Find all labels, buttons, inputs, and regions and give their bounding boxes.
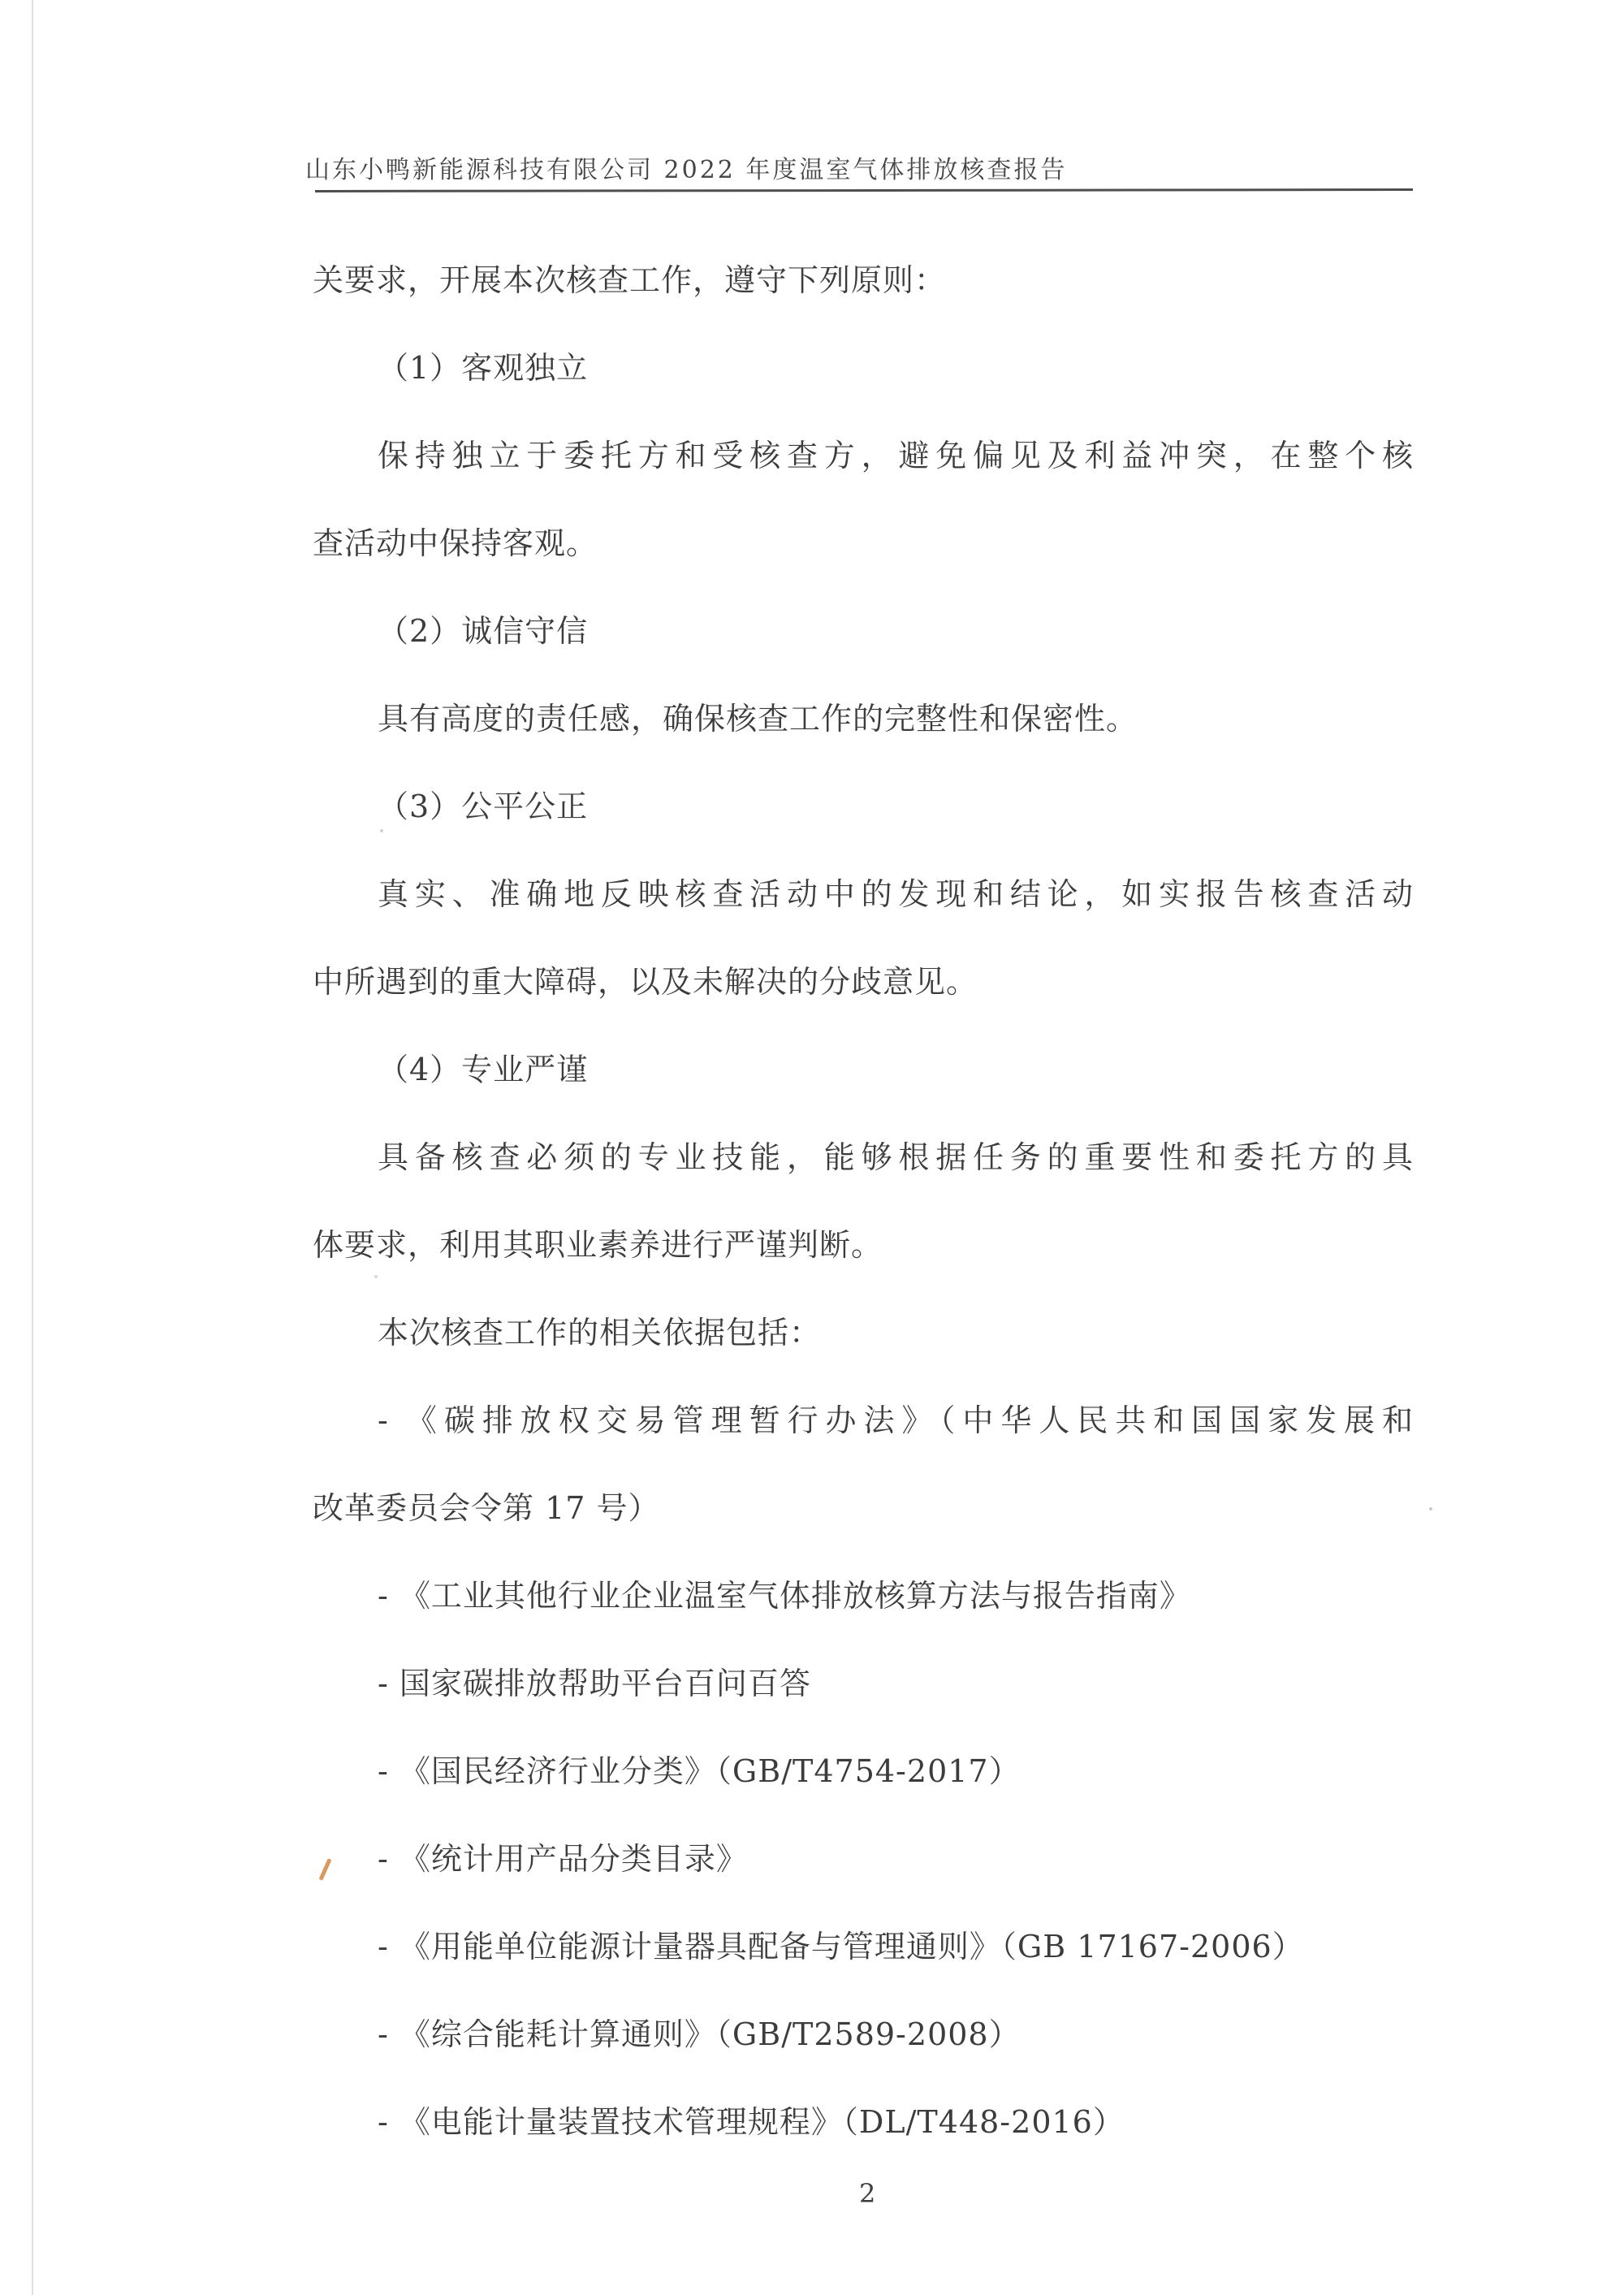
- reference-item: - 《国民经济行业分类》（GB/T4754-2017）: [313, 1727, 1414, 1815]
- scan-speck: [374, 1275, 378, 1278]
- reference-item: - 《电能计量装置技术管理规程》（DL/T448-2016）: [313, 2078, 1414, 2166]
- document-body: 关要求，开展本次核查工作，遵守下列原则： （1）客观独立 保持独立于委托方和受核…: [313, 236, 1414, 2166]
- principle-1-heading: （1）客观独立: [313, 324, 1414, 412]
- reference-item: - 《统计用产品分类目录》: [313, 1815, 1414, 1903]
- running-header: 山东小鸭新能源科技有限公司 2022 年度温室气体排放核查报告: [305, 149, 1418, 185]
- principle-4-heading: （4）专业严谨: [313, 1026, 1414, 1113]
- basis-intro-line: 本次核查工作的相关依据包括：: [313, 1289, 1414, 1377]
- scan-speck: [380, 829, 383, 832]
- scan-edge-artifact: [32, 0, 33, 2295]
- scan-speck: [1429, 1507, 1432, 1511]
- reference-item: - 《碳排放权交易管理暂行办法》（中华人民共和国国家发展和: [313, 1377, 1414, 1464]
- principle-4-text-line: 体要求，利用其职业素养进行严谨判断。: [313, 1201, 1414, 1289]
- principle-1-text-line: 查活动中保持客观。: [313, 499, 1414, 587]
- page-number: 2: [859, 2178, 875, 2209]
- principle-2-text-line: 具有高度的责任感，确保核查工作的完整性和保密性。: [313, 675, 1414, 763]
- principle-2-heading: （2）诚信守信: [313, 587, 1414, 675]
- document-page: 山东小鸭新能源科技有限公司 2022 年度温室气体排放核查报告 关要求，开展本次…: [0, 0, 1624, 2295]
- paragraph-continuation: 关要求，开展本次核查工作，遵守下列原则：: [313, 236, 1414, 324]
- reference-item: - 《用能单位能源计量器具配备与管理通则》（GB 17167-2006）: [313, 1903, 1414, 1990]
- header-underline: [315, 188, 1413, 192]
- reference-item: - 《综合能耗计算通则》（GB/T2589-2008）: [313, 1990, 1414, 2078]
- principle-3-text-line: 真实、准确地反映核查活动中的发现和结论，如实报告核查活动: [313, 850, 1414, 938]
- principle-1-text-line: 保持独立于委托方和受核查方，避免偏见及利益冲突，在整个核: [313, 412, 1414, 499]
- principle-4-text-line: 具备核查必须的专业技能，能够根据任务的重要性和委托方的具: [313, 1113, 1414, 1201]
- principle-3-heading: （3）公平公正: [313, 763, 1414, 850]
- reference-item: - 国家碳排放帮助平台百问百答: [313, 1640, 1414, 1727]
- reference-item: - 《工业其他行业企业温室气体排放核算方法与报告指南》: [313, 1552, 1414, 1640]
- reference-item-continuation: 改革委员会令第 17 号）: [313, 1464, 1414, 1552]
- principle-3-text-line: 中所遇到的重大障碍，以及未解决的分歧意见。: [313, 938, 1414, 1026]
